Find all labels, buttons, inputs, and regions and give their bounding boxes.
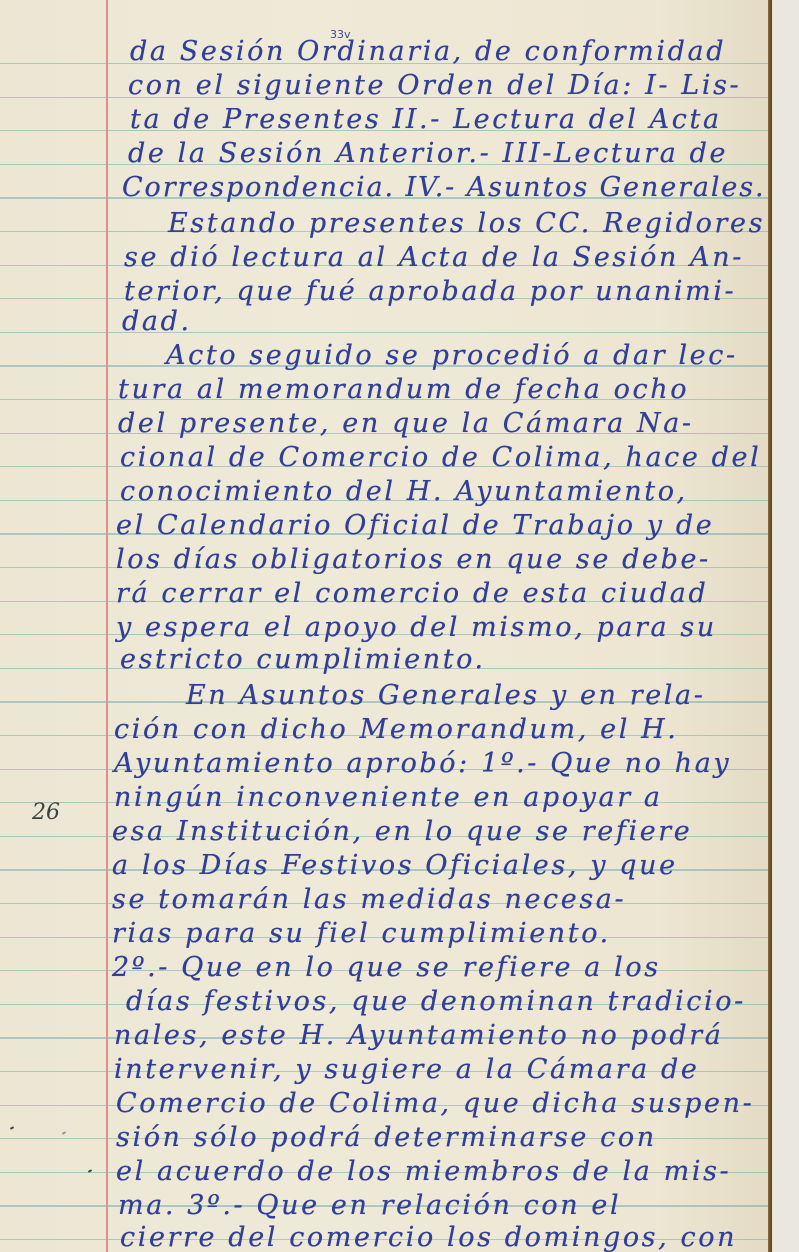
handwritten-line: ningún inconveniente en apoyar a — [114, 782, 663, 813]
handwritten-line: Ayuntamiento aprobó: 1º.- Que no hay — [114, 748, 731, 779]
handwritten-line: Comercio de Colima, que dicha suspen- — [116, 1088, 754, 1119]
handwritten-line: nales, este H. Ayuntamiento no podrá — [114, 1020, 723, 1051]
handwritten-line: sión sólo podrá determinarse con — [116, 1122, 657, 1153]
handwritten-line: tura al memorandum de fecha ocho — [118, 374, 689, 405]
handwritten-line: 2º.- Que en lo que se refiere a los — [112, 952, 661, 983]
handwritten-line: los días obligatorios en que se debe- — [116, 544, 711, 575]
ruled-line — [0, 332, 772, 333]
handwritten-line: cierre del comercio los domingos, con — [120, 1222, 737, 1252]
handwritten-line: dad. — [122, 306, 192, 337]
handwritten-line: terior, que fué aprobada por unanimi- — [124, 276, 736, 307]
handwritten-line: cional de Comercio de Colima, hace del — [120, 442, 761, 473]
handwritten-line: ma. 3º.- Que en relación con el — [118, 1190, 621, 1221]
handwritten-line: ta de Presentes II.- Lectura del Acta — [130, 104, 722, 135]
handwritten-line: intervenir, y sugiere a la Cámara de — [114, 1054, 699, 1085]
handwritten-line: Correspondencia. IV.- Asuntos Generales. — [122, 172, 766, 203]
handwritten-line: días festivos, que denominan tradicio- — [126, 986, 746, 1017]
handwritten-line: conocimiento del H. Ayuntamiento, — [120, 476, 688, 507]
handwritten-line: rias para su fiel cumplimiento. — [112, 918, 611, 949]
handwritten-line: del presente, en que la Cámara Na- — [118, 408, 694, 439]
handwritten-line: se tomarán las medidas necesa- — [112, 884, 626, 915]
handwritten-line: ción con dicho Memorandum, el H. — [114, 714, 678, 745]
handwritten-line: estricto cumplimiento. — [120, 644, 486, 675]
handwritten-line: En Asuntos Generales y en rela- — [186, 680, 705, 711]
adjacent-page-edge — [772, 0, 799, 1252]
pencil-margin-note: 26 — [32, 800, 60, 825]
handwritten-line: se dió lectura al Acta de la Sesión An- — [124, 242, 744, 273]
handwritten-line: de la Sesión Anterior.- III-Lectura de — [128, 138, 728, 169]
handwritten-line: con el siguiente Orden del Día: I- Lis- — [128, 70, 741, 101]
red-margin-rule — [106, 0, 108, 1252]
handwritten-line: y espera el apoyo del mismo, para su — [116, 612, 717, 643]
handwritten-line: rá cerrar el comercio de esta ciudad — [116, 578, 708, 609]
handwritten-line: el acuerdo de los miembros de la mis- — [116, 1156, 731, 1187]
handwritten-line: esa Institución, en lo que se refiere — [112, 816, 692, 847]
handwritten-line: el Calendario Oficial de Trabajo y de — [116, 510, 714, 541]
handwritten-line: Estando presentes los CC. Regidores — [168, 208, 765, 239]
handwritten-line: a los Días Festivos Oficiales, y que — [112, 850, 678, 881]
handwritten-line: da Sesión Ordinaria, de conformidad — [130, 36, 726, 67]
handwritten-line: Acto seguido se procedió a dar lec- — [166, 340, 738, 371]
